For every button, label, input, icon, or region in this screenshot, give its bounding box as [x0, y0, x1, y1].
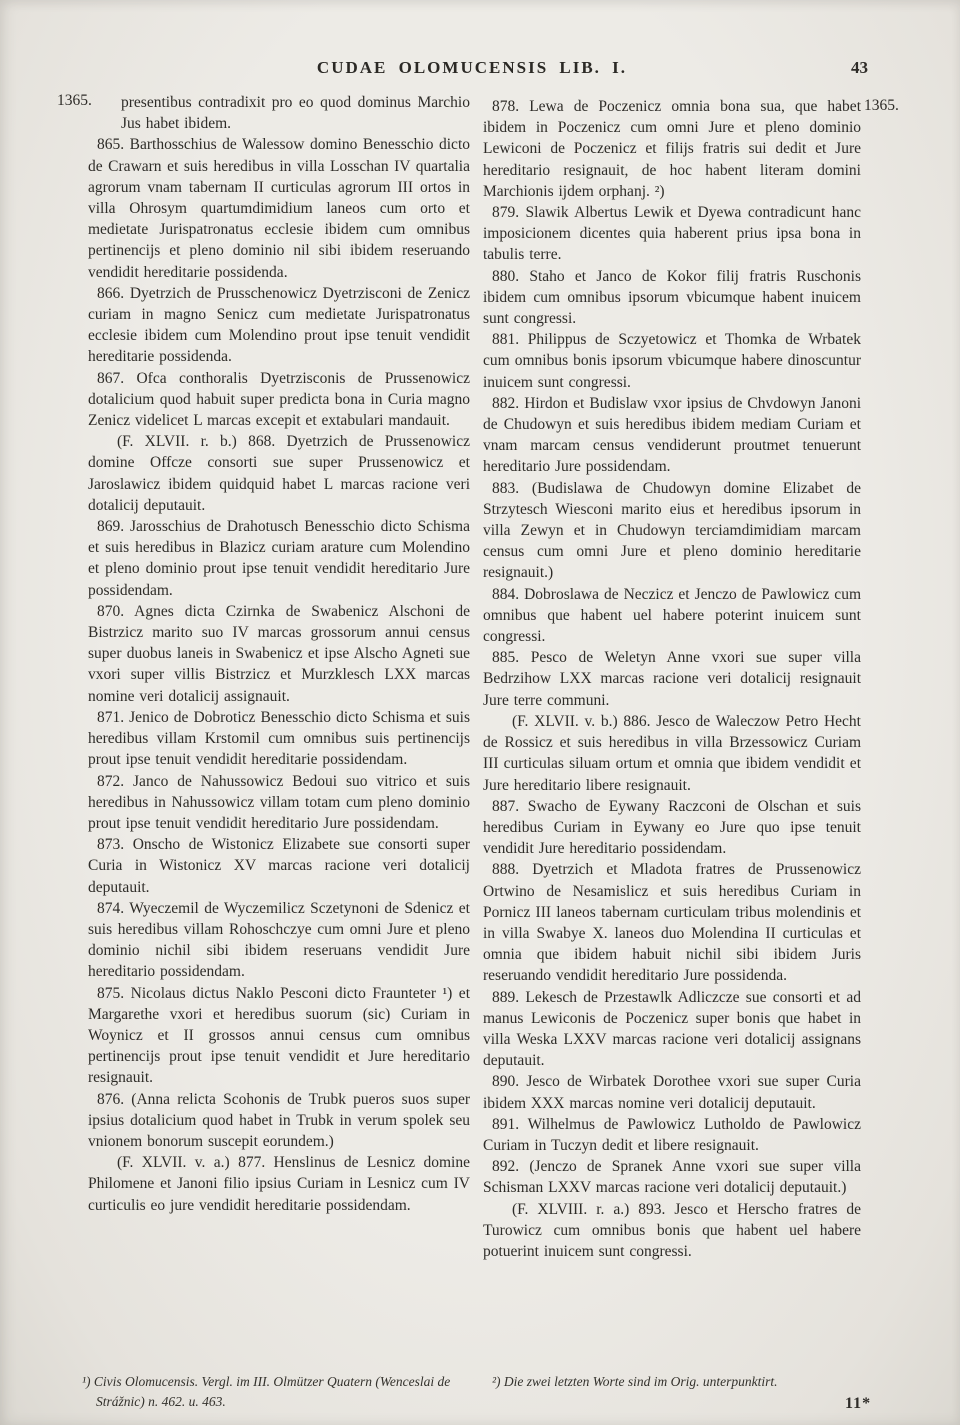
- entry-paragraph: (F. XLVII. v. a.) 877. Henslinus de Lesn…: [88, 1152, 470, 1216]
- entry-paragraph: 878. Lewa de Poczenicz omnia bona sua, q…: [483, 96, 861, 202]
- entry-paragraph: (F. XLVII. v. b.) 886. Jesco de Waleczow…: [483, 711, 861, 796]
- entry-paragraph: 885. Pesco de Weletyn Anne vxori sue sup…: [483, 647, 861, 711]
- margin-year-left: 1365.: [57, 92, 92, 110]
- entry-paragraph: 884. Dobroslawa de Neczicz et Jenczo de …: [483, 584, 861, 648]
- entry-paragraph: 887. Swacho de Eywany Raczconi de Olscha…: [483, 796, 861, 860]
- margin-year-right: 1365.: [864, 97, 899, 115]
- entry-paragraph: 881. Philippus de Sczyetowicz et Thomka …: [483, 329, 861, 393]
- entry-paragraph: 870. Agnes dicta Czirnka de Swabenicz Al…: [88, 601, 470, 707]
- page-number: 43: [851, 58, 868, 78]
- footnote-1: ¹) Civis Olomucensis. Vergl. im III. Olm…: [82, 1372, 500, 1411]
- entry-paragraph: 873. Onscho de Wistonicz Elizabete sue c…: [88, 834, 470, 898]
- entry-paragraph: (F. XLVII. r. b.) 868. Dyetrzich de Prus…: [88, 431, 470, 516]
- entry-paragraph: 874. Wyeczemil de Wyczemilicz Sczetynoni…: [88, 898, 470, 983]
- entry-paragraph: 871. Jenico de Dobroticz Benesschio dict…: [88, 707, 470, 771]
- entry-paragraph: 889. Lekesch de Przestawlk Adliczcze sue…: [483, 987, 861, 1072]
- left-column: presentibus contradixit pro eo quod domi…: [88, 92, 470, 1216]
- entry-paragraph: 890. Jesco de Wirbatek Dorothee vxori su…: [483, 1071, 861, 1113]
- footnote-2: ²) Die zwei letzten Worte sind im Orig. …: [492, 1372, 864, 1392]
- entry-paragraph: 892. (Jenczo de Spranek Anne vxori sue s…: [483, 1156, 861, 1198]
- right-column: 878. Lewa de Poczenicz omnia bona sua, q…: [483, 96, 861, 1262]
- entry-paragraph: 872. Janco de Nahussowicz Bedoui suo vit…: [88, 771, 470, 835]
- entry-paragraph: 888. Dyetrzich et Mladota fratres de Pru…: [483, 859, 861, 986]
- entry-paragraph: 869. Jarosschius de Drahotusch Benesschi…: [88, 516, 470, 601]
- entry-paragraph: 875. Nicolaus dictus Naklo Pesconi dicto…: [88, 983, 470, 1089]
- entry-paragraph: 866. Dyetrzich de Prusschenowicz Dyetrzi…: [88, 283, 470, 368]
- entry-paragraph: 865. Barthosschius de Walessow domino Be…: [88, 134, 470, 282]
- entry-paragraph: 882. Hirdon et Budislaw vxor ipsius de C…: [483, 393, 861, 478]
- entry-paragraph: 867. Ofca conthoralis Dyetrzisconis de P…: [88, 368, 470, 432]
- entry-paragraph: 891. Wilhelmus de Pawlowicz Lutholdo de …: [483, 1114, 861, 1156]
- entry-paragraph: 876. (Anna relicta Scohonis de Trubk pue…: [88, 1089, 470, 1153]
- entry-paragraph: presentibus contradixit pro eo quod domi…: [88, 92, 470, 134]
- book-page: CUDAE OLOMUCENSIS LIB. I. 43 1365. 1365.…: [0, 0, 960, 1425]
- entry-paragraph: 880. Staho et Janco de Kokor filij fratr…: [483, 266, 861, 330]
- entry-paragraph: 883. (Budislawa de Chudowyn domine Eliza…: [483, 478, 861, 584]
- signature-mark: 11*: [845, 1395, 871, 1413]
- running-title: CUDAE OLOMUCENSIS LIB. I.: [0, 58, 944, 78]
- entry-paragraph: 879. Slawik Albertus Lewik et Dyewa cont…: [483, 202, 861, 266]
- entry-paragraph: (F. XLVIII. r. a.) 893. Jesco et Herscho…: [483, 1199, 861, 1263]
